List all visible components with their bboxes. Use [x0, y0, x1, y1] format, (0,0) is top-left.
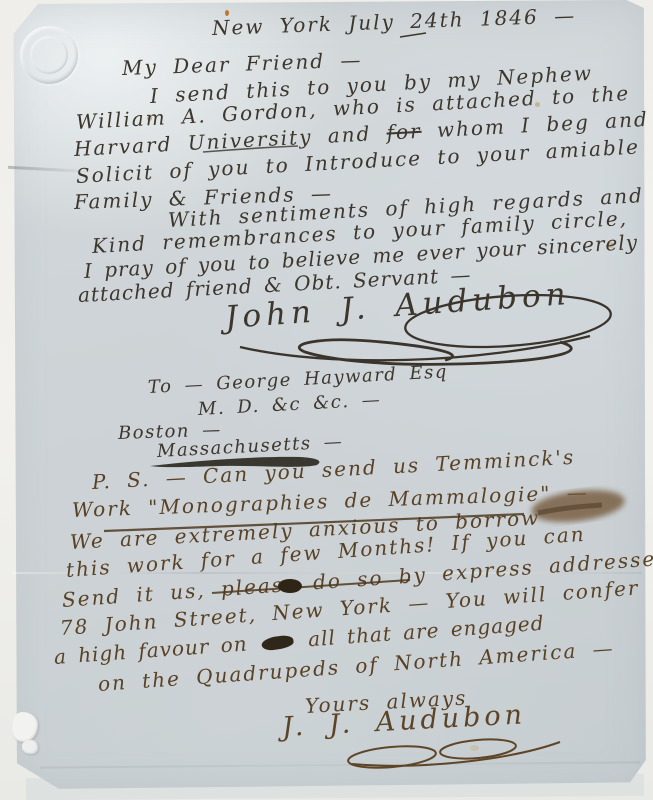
foxing-spot: [470, 745, 479, 751]
letter-scan: New York July 24th 1846 — My Dear Friend…: [0, 0, 653, 800]
ps-text: " —: [540, 480, 589, 506]
ink-blot: [261, 634, 294, 651]
struck-word: for: [386, 119, 422, 145]
embossed-seal: [20, 26, 78, 84]
paper-residue: [22, 740, 38, 754]
ps-text: Work ": [72, 495, 160, 522]
